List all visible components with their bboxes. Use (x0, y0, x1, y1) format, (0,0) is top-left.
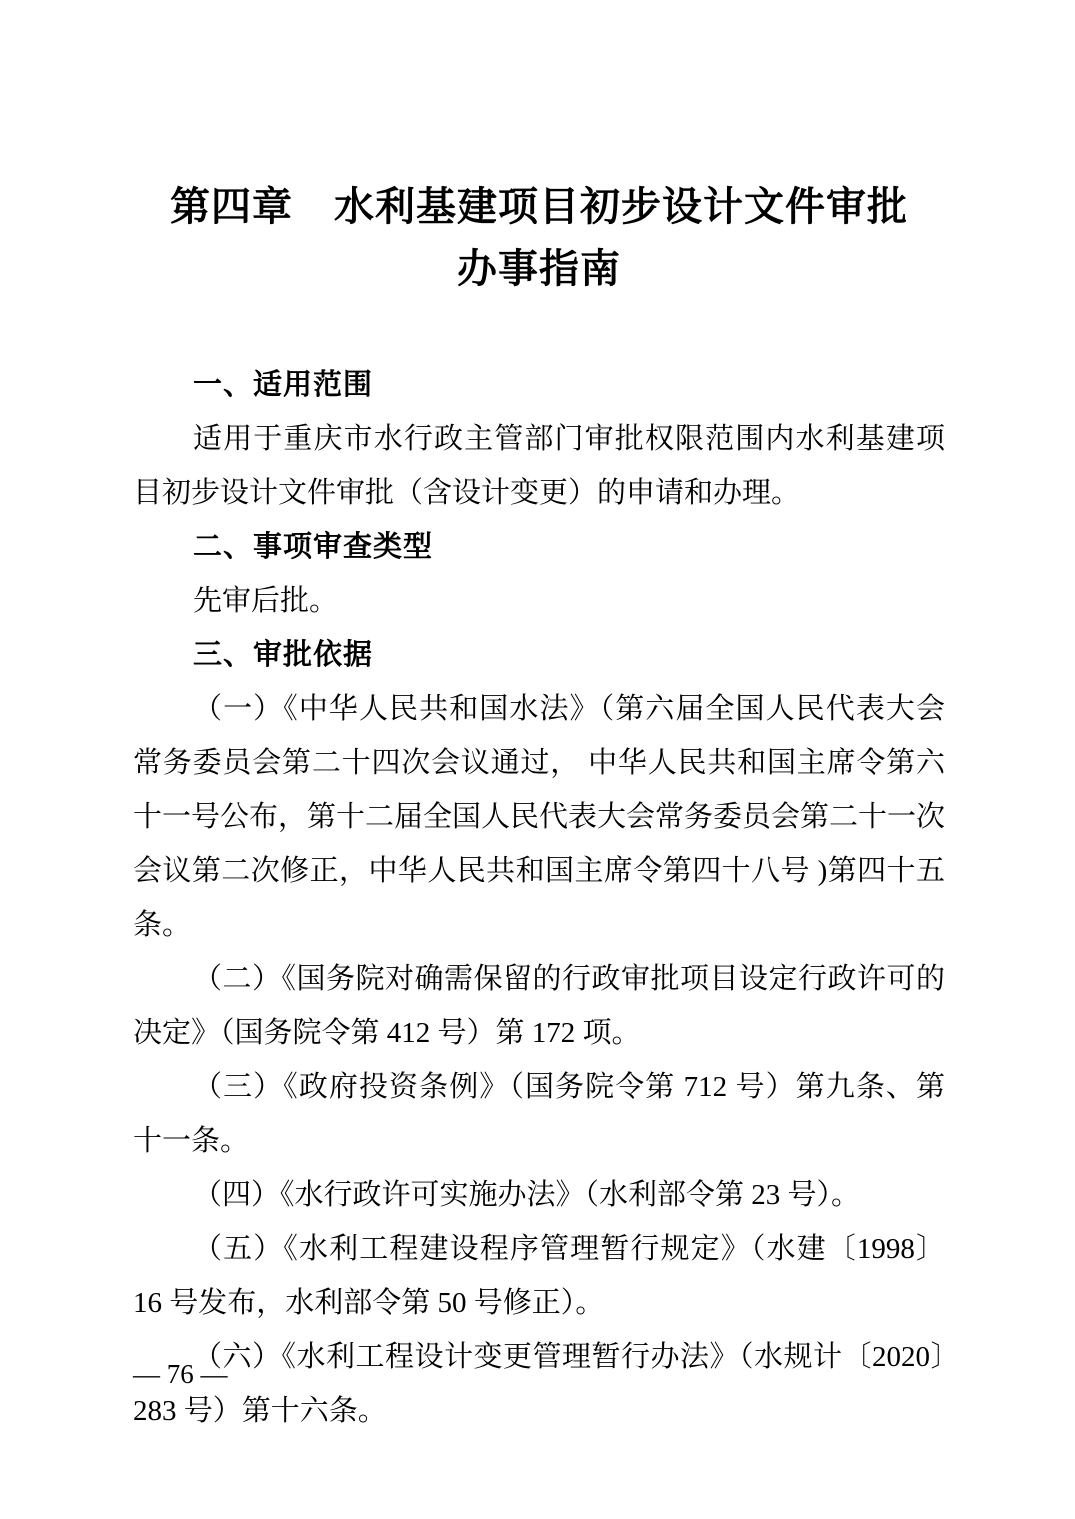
paragraph-basis-item-5: （五）《水利工程建设程序管理暂行规定》（水建〔1998〕16 号发布，水利部令第… (133, 1222, 945, 1330)
paragraph-basis-item-2: （二）《国务院对确需保留的行政审批项目设定行政许可的决定》（国务院令第 412 … (133, 952, 945, 1060)
chapter-title-line1: 第四章 水利基建项目初步设计文件审批 (170, 184, 908, 229)
paragraph-scope: 适用于重庆市水行政主管部门审批权限范围内水利基建项目初步设计文件审批（含设计变更… (133, 412, 945, 520)
section-heading-scope: 一、适用范围 (133, 358, 945, 412)
section-heading-approval-basis: 三、审批依据 (133, 628, 945, 682)
paragraph-basis-item-4: （四）《水行政许可实施办法》（水利部令第 23 号）。 (133, 1168, 945, 1222)
chapter-title-line2: 办事指南 (457, 246, 621, 291)
document-page: 第四章 水利基建项目初步设计文件审批 办事指南 一、适用范围 适用于重庆市水行政… (0, 0, 1075, 1519)
paragraph-basis-item-1: （一）《中华人民共和国水法》（第六届全国人民代表大会常务委员会第二十四次会议通过… (133, 682, 945, 952)
page-number: — 76 — (133, 1356, 228, 1392)
paragraph-basis-item-6: （六）《水利工程设计变更管理暂行办法》（水规计〔2020〕283 号）第十六条。 (133, 1330, 945, 1438)
paragraph-review-type: 先审后批。 (133, 574, 945, 628)
chapter-title: 第四章 水利基建项目初步设计文件审批 办事指南 (133, 176, 945, 300)
section-heading-review-type: 二、事项审查类型 (133, 520, 945, 574)
paragraph-basis-item-3: （三）《政府投资条例》（国务院令第 712 号）第九条、第十一条。 (133, 1060, 945, 1168)
document-content: 第四章 水利基建项目初步设计文件审批 办事指南 一、适用范围 适用于重庆市水行政… (133, 176, 945, 1438)
